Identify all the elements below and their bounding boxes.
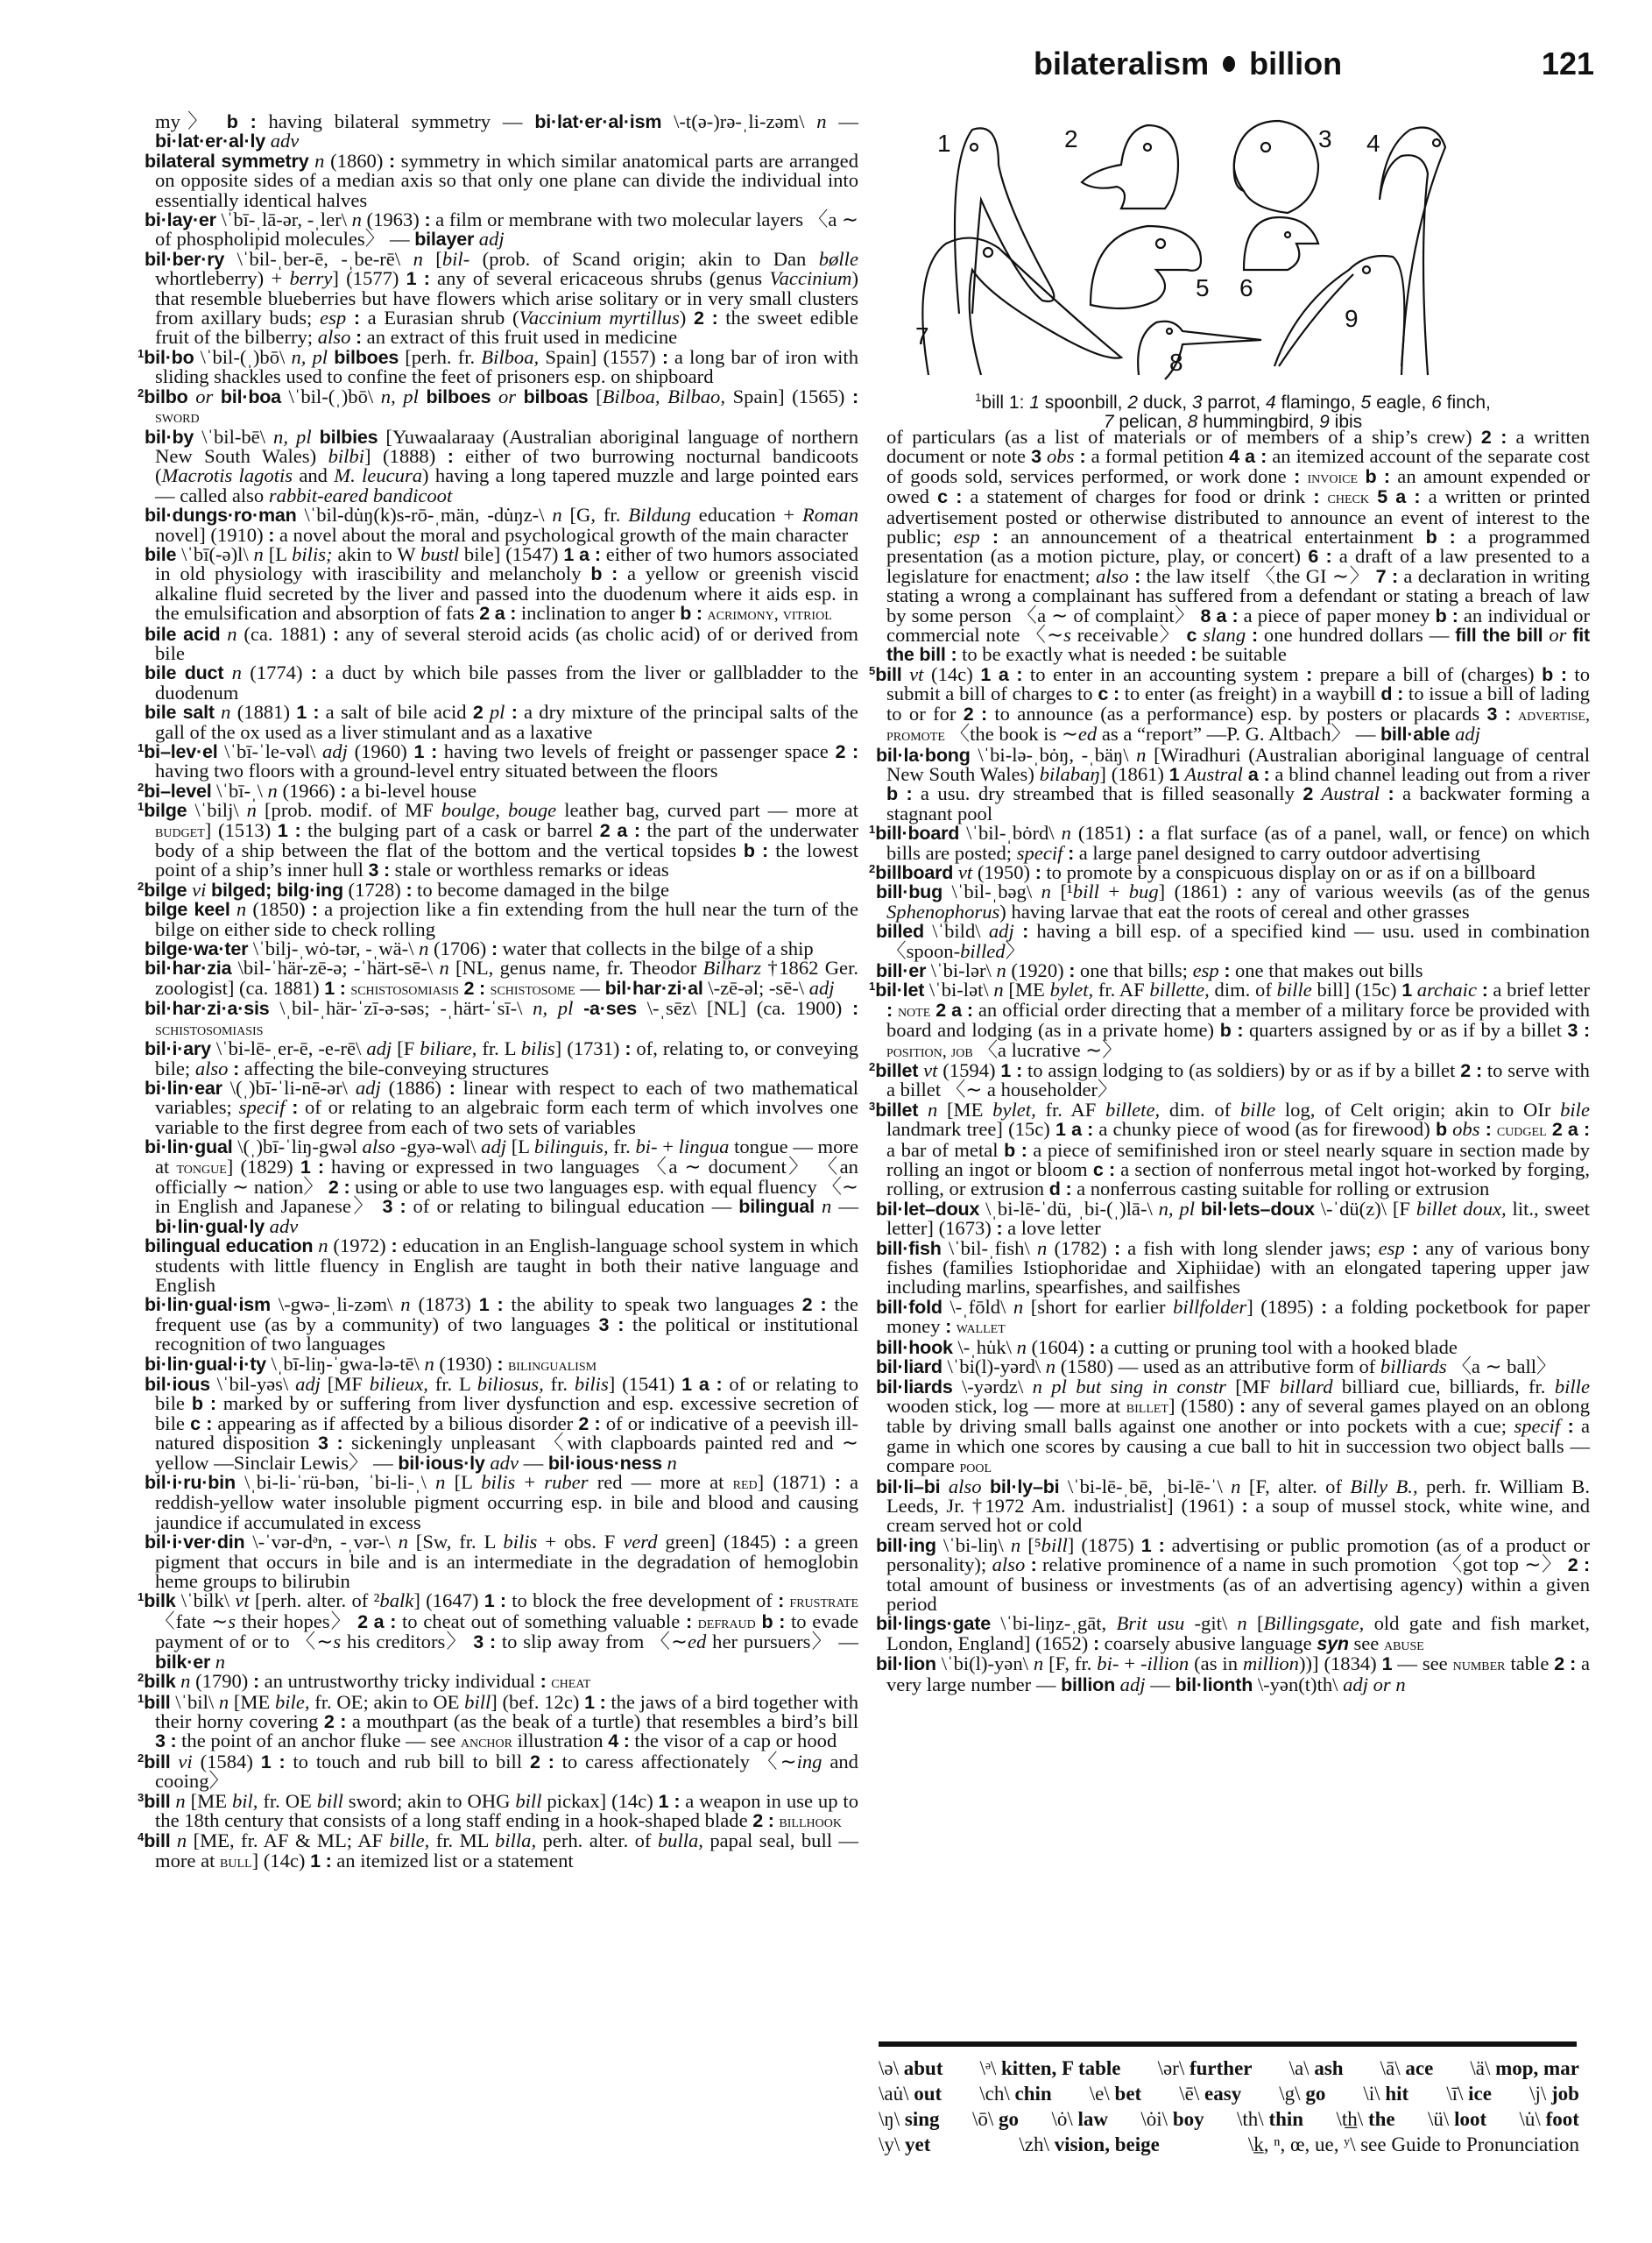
bold-label: 1 : — [414, 741, 438, 762]
italic-text: n — [552, 504, 561, 526]
dictionary-entry: bil·ious \ˈbil-yəs\ adj [MF bilieux, fr.… — [145, 1375, 858, 1473]
bold-label: 2 : — [530, 1751, 554, 1772]
bold-label: : — [1321, 1297, 1327, 1318]
pronunciation-key-item: \ər\ further — [1158, 2055, 1253, 2081]
pronunciation-example-word: chin — [1015, 2083, 1052, 2105]
pronunciation-key-item: \a\ ash — [1289, 2055, 1344, 2081]
bold-label: 3 : — [1568, 1020, 1591, 1041]
pronunciation-example-word: thin — [1268, 2108, 1303, 2130]
italic-text: bulla, — [658, 1829, 703, 1851]
bold-label: : — [389, 151, 395, 172]
italic-text: vi — [178, 1751, 192, 1772]
dictionary-entry: bil·i·ru·bin \ˌbi-li-ˈrü-bən, ˈbi-li-ˌ\ … — [145, 1473, 858, 1532]
bold-label: 2 — [473, 702, 484, 723]
italic-text: adj — [322, 740, 348, 762]
bold-label: : — [996, 1218, 1002, 1239]
italic-text: n — [413, 248, 423, 270]
caption-head: bill 1: — [981, 393, 1029, 413]
bold-label: 1 : — [310, 1850, 332, 1872]
headword: bill·fold — [876, 1297, 942, 1318]
headword: bill·er — [876, 960, 926, 981]
italic-text: n — [175, 1790, 185, 1812]
italic-text: n — [435, 1471, 445, 1493]
bold-label: : — [686, 1611, 692, 1632]
dictionary-entry: bile acid n (ca. 1881) : any of several … — [145, 625, 858, 664]
cross-reference: pool — [959, 1457, 992, 1476]
bold-label: : — [292, 1097, 298, 1118]
italic-text: bilieux, — [370, 1373, 428, 1395]
italic-text: bug — [1129, 881, 1159, 902]
bold-label: 2 a : — [935, 1000, 973, 1021]
italic-text: n — [177, 1829, 187, 1851]
bold-label: 2 : — [578, 1413, 600, 1434]
italic-text: Austral — [1184, 763, 1243, 785]
bird-heads-drawing-icon: 1 2 3 4 5 6 7 8 9 — [876, 112, 1590, 384]
dictionary-entry: 2bill vi (1584) 1 : to touch and rub bil… — [145, 1752, 858, 1792]
italic-text: n — [439, 957, 448, 979]
italic-text: bylet, — [1050, 979, 1094, 1001]
italic-text: n — [996, 959, 1006, 981]
bold-label: b : — [227, 111, 257, 132]
headword: bill·board — [875, 823, 959, 844]
dictionary-entry: bil·dungs·ro·man \ˈbil-du̇ŋ(k)s-rō-ˌmän,… — [145, 506, 858, 545]
pronunciation-key-item: \ŋ\ sing — [879, 2106, 940, 2132]
headword: bile — [145, 544, 176, 565]
headword: bil·har·zi·a·sis — [145, 998, 270, 1019]
bold-label: : — [784, 1532, 790, 1553]
pronunciation-key-rule — [879, 2041, 1577, 2047]
headword: bilk — [144, 1671, 175, 1692]
bold-label: b : — [1542, 664, 1567, 685]
pronunciation-key-item: \u̇\ foot — [1520, 2106, 1579, 2132]
italic-text: biliosus, — [477, 1373, 544, 1395]
italic-text: n — [1062, 822, 1071, 844]
svg-text:5: 5 — [1196, 274, 1210, 301]
pronunciation-example-word: foot — [1546, 2108, 1579, 2130]
italic-text: adj — [989, 920, 1014, 942]
bold-label: : — [992, 527, 999, 548]
headword: bi·lin·gual — [145, 1136, 233, 1157]
pronunciation-example-word: yet — [905, 2133, 930, 2155]
italic-text: Brit usu — [1116, 1612, 1184, 1634]
italic-text: slang — [1203, 624, 1246, 646]
headword: bill·ing — [876, 1535, 936, 1556]
bold-label: : — [1134, 566, 1140, 587]
italic-text: Roman — [802, 504, 858, 526]
bold-label: : — [312, 899, 318, 920]
italic-text: n, pl — [381, 386, 419, 407]
dictionary-entry: bill·fish \ˈbil-ˌfish\ n (1782) : a fish… — [876, 1239, 1590, 1298]
bold-label: bil·lets–doux — [1201, 1199, 1315, 1220]
headword: bil·dungs·ro·man — [145, 505, 297, 526]
italic-text: vi — [192, 879, 206, 901]
italic-text: bilis; — [292, 543, 332, 565]
caption-item-number: 1 — [1029, 393, 1040, 413]
bold-label: : — [1089, 1337, 1095, 1358]
bold-label: : — [340, 781, 346, 802]
bold-label: bil·har·zi·al — [605, 978, 703, 999]
dictionary-entry: bi·lin·gual \(ˌ)bī-ˈliŋ-gwəl also -gyə-w… — [145, 1137, 858, 1236]
bold-label: : — [1224, 960, 1230, 981]
headword: bill — [144, 1791, 170, 1812]
cross-reference: bull — [220, 1852, 252, 1872]
bold-label: 2 : — [835, 741, 858, 762]
bold-label: bil·ious·ness — [548, 1453, 662, 1474]
bold-label: bilk·er — [155, 1652, 210, 1673]
bold-label: 2 a : — [479, 603, 516, 624]
svg-text:7: 7 — [915, 322, 929, 350]
bold-label: : — [491, 938, 498, 959]
bold-label: : — [311, 662, 317, 683]
bold-label: bil·boa — [221, 386, 281, 407]
pronunciation-example-word: see Guide to Pronunciation — [1360, 2133, 1579, 2155]
bold-label: b : — [1436, 605, 1458, 626]
bold-label: : — [449, 1078, 455, 1099]
bold-label: : — [1068, 843, 1074, 864]
italic-text: rabbit-eared bandicoot — [269, 485, 452, 506]
pronunciation-key-item: \t͟h\ the — [1337, 2106, 1395, 2132]
italic-text: or — [498, 386, 516, 407]
dictionary-entry: bill·ing \ˈbi-liŋ\ n [⁵bill] (1875) 1 : … — [876, 1536, 1590, 1615]
dictionary-entry: bile salt n (1881) 1 : a salt of bile ac… — [145, 703, 858, 742]
pronunciation-key-item: \g\ go — [1279, 2081, 1325, 2106]
italic-text: adv — [271, 130, 300, 152]
italic-text: n — [1231, 1475, 1240, 1497]
italic-text: also — [1096, 565, 1129, 587]
pronunciation-example-word: out — [914, 2083, 942, 2105]
guide-word-first: bilateralism — [1034, 46, 1209, 82]
pronunciation-example-word: ash — [1314, 2057, 1343, 2079]
cross-reference: billet — [1126, 1397, 1168, 1417]
caption-item-number: 6 — [1431, 393, 1442, 413]
dictionary-entry: bil·liard \ˈbi(l)-yərd\ n (1580) — used … — [876, 1357, 1590, 1376]
headword: billet — [875, 1100, 918, 1121]
cross-reference: check — [1328, 488, 1369, 507]
italic-text: n — [352, 209, 362, 230]
dictionary-entry: bill·fold \-ˌfōld\ n [short for earlier … — [876, 1298, 1590, 1338]
italic-text: n pl but sing in constr — [1033, 1376, 1226, 1397]
bold-label: bilged; bilg·ing — [211, 880, 343, 901]
italic-text: -illion — [1140, 1652, 1189, 1674]
italic-text: also — [318, 326, 351, 348]
italic-text: n — [993, 979, 1003, 1001]
caption-item-number: 3 — [1192, 393, 1203, 413]
cross-reference: position, job — [886, 1042, 973, 1061]
bold-label: 1 : — [1000, 1060, 1022, 1081]
bold-label: bill·able — [1380, 724, 1450, 745]
italic-text: n, pl — [1159, 1198, 1195, 1220]
pronunciation-key-item: \ä\ mop, mar — [1470, 2055, 1579, 2081]
bold-label: : — [333, 624, 339, 645]
cross-reference: budget — [155, 822, 205, 841]
italic-text: s — [333, 1631, 341, 1652]
bold-label: bilayer — [414, 229, 474, 250]
pronunciation-example-word: easy — [1204, 2083, 1241, 2105]
pronunciation-key-item: \ch\ chin — [979, 2081, 1051, 2106]
dictionary-entry: bi·lay·er \ˈbī-ˌlā-ər, -ˌler\ n (1963) :… — [145, 210, 858, 250]
headword: bil·la·bong — [876, 745, 971, 766]
cross-reference: anchor — [461, 1732, 512, 1751]
bold-label: : — [356, 327, 362, 348]
italic-text: billed — [960, 940, 1005, 962]
italic-text: specif — [1514, 1415, 1560, 1437]
italic-text: bille, — [390, 1829, 430, 1851]
italic-text: n, pl — [533, 997, 573, 1019]
italic-text: n — [667, 1452, 677, 1474]
italic-text: or — [195, 386, 213, 407]
dictionary-entry: 1bill·board \ˈbil-ˌbȯrd\ n (1851) : a fl… — [876, 824, 1590, 863]
cross-reference: invoice — [1307, 468, 1358, 487]
headword: bil·let — [875, 980, 924, 1001]
bold-label: d : — [1380, 683, 1403, 704]
pronunciation-key-item: \zh\ vision, beige — [1019, 2132, 1159, 2157]
pronunciation-example-word: ice — [1468, 2083, 1492, 2105]
bold-label: : — [233, 1058, 239, 1079]
headword: bil·by — [145, 427, 194, 448]
headword: bilge keel — [145, 899, 230, 920]
italic-text: n — [424, 1353, 434, 1375]
cross-reference: bilingualism — [508, 1355, 597, 1375]
italic-text: n — [822, 1195, 831, 1217]
pronunciation-example-word: sing — [905, 2108, 940, 2130]
pronunciation-key-item: \ȯi\ boy — [1140, 2106, 1204, 2132]
italic-text: bilinguis, — [534, 1136, 609, 1157]
pronunciation-key-item: \e\ bet — [1090, 2081, 1141, 2106]
bold-label: : — [1031, 1554, 1037, 1575]
bird-bills-illustration: 1 2 3 4 5 6 7 8 9 1bill 1: 1 spoonbill, … — [876, 112, 1590, 410]
dictionary-entry: bilateral symmetry n (1860) : symmetry i… — [145, 152, 858, 210]
bold-label: 1 : — [484, 1590, 506, 1611]
bold-label: 3 : — [473, 1631, 496, 1652]
bold-label: 2 a : — [1552, 1119, 1590, 1140]
pronunciation-key: \ə\ abut\ᵊ\ kitten, F table\ər\ further\… — [879, 2055, 1579, 2157]
italic-text: n, pl — [273, 426, 312, 448]
pronunciation-example-word: law — [1077, 2108, 1108, 2130]
cross-reference: abuse — [1384, 1635, 1424, 1654]
bold-label: -a·ses — [583, 998, 637, 1019]
italic-text: vt — [235, 1589, 249, 1611]
italic-text: vt — [958, 861, 972, 883]
bold-label: : — [852, 998, 858, 1019]
italic-text: billet doux, — [1416, 1198, 1507, 1220]
pronunciation-key-row: \au̇\ out\ch\ chin\e\ bet\ē\ easy\g\ go\… — [879, 2081, 1579, 2106]
headword: bi·lin·gual·i·ty — [145, 1354, 266, 1375]
synonym-label: syn — [1317, 1633, 1348, 1654]
dictionary-entry: 1bill \ˈbil\ n [ME bile, fr. OE; akin to… — [145, 1693, 858, 1752]
headword: bil·let–doux — [876, 1199, 979, 1220]
headword: bilge·wa·ter — [145, 938, 248, 959]
italic-text: bill — [1041, 1534, 1068, 1556]
bold-label: 1 a : — [681, 1374, 722, 1395]
headword: bill·hook — [876, 1337, 953, 1358]
italic-text: vt — [923, 1059, 937, 1081]
headword: bi·lay·er — [145, 209, 216, 230]
bold-label: : — [392, 1235, 398, 1256]
cross-reference: wallet — [957, 1318, 1006, 1337]
italic-text: billard — [1280, 1376, 1333, 1397]
italic-text: M. leucura — [334, 464, 422, 486]
bold-label: bil·ious·ly — [398, 1453, 484, 1474]
bullet-separator-icon — [1223, 56, 1235, 72]
italic-text: bil, — [232, 1790, 258, 1812]
bold-label: : — [1412, 1238, 1418, 1259]
bold-label: : — [406, 880, 412, 901]
cross-reference: red — [733, 1474, 758, 1493]
bold-label: bil·lionth — [1175, 1674, 1253, 1695]
dictionary-entry: bil·lings·gate \ˈbi-liŋz-ˌgāt, Brit usu … — [876, 1614, 1590, 1654]
italic-text: billette, — [1149, 979, 1209, 1001]
svg-text:4: 4 — [1366, 130, 1380, 157]
italic-text: ruber — [544, 1471, 588, 1493]
headword: bilateral symmetry — [145, 151, 308, 172]
bold-label: d : — [1049, 1178, 1072, 1199]
pronunciation-example-word: job — [1551, 2083, 1579, 2105]
pronunciation-key-item: \ə\ abut — [879, 2055, 943, 2081]
dictionary-entry: 5bill vt (14c) 1 a : to enter in an acco… — [876, 665, 1590, 746]
dictionary-entry: bi·lin·gual·ism \-gwə-ˌli-zəm\ n (1873) … — [145, 1295, 858, 1354]
bold-label: 3 : — [382, 1196, 406, 1217]
bold-label: b : — [192, 1393, 216, 1414]
caption-line-1: 1bill 1: 1 spoonbill, 2 duck, 3 parrot, … — [876, 388, 1590, 413]
dictionary-entry: bilge keel n (1850) : a projection like … — [145, 900, 858, 939]
dictionary-entry: 1bil·bo \ˈbil-(ˌ)bō\ n, pl bilboes [perh… — [145, 348, 858, 387]
bold-label: : — [852, 386, 858, 407]
bold-label: 1 : — [479, 1294, 504, 1315]
italic-text: bylet, — [992, 1099, 1036, 1121]
pronunciation-example-word: the — [1368, 2108, 1395, 2130]
italic-text: million — [1243, 1652, 1299, 1674]
caption-items-line-1: 1 spoonbill, 2 duck, 3 parrot, 4 flaming… — [1029, 393, 1491, 413]
cross-reference: tongue — [176, 1158, 226, 1178]
bold-label: 1 a : — [563, 544, 601, 565]
bold-label: 2 : — [752, 1810, 774, 1831]
bold-label: b : — [680, 603, 702, 624]
bold-label: 2 : — [1460, 1060, 1482, 1081]
headword: bile acid — [145, 624, 220, 645]
bold-label: : — [1138, 823, 1144, 844]
italic-text: specif — [239, 1096, 286, 1118]
italic-text: adj — [481, 1136, 506, 1157]
dictionary-entry: bil·liards \-yərdz\ n pl but sing in con… — [876, 1377, 1590, 1477]
bold-label: bilboas — [524, 386, 589, 407]
cross-reference: cudgel — [1497, 1121, 1547, 1140]
bold-label: 4 a : — [1229, 446, 1267, 467]
italic-text: n — [816, 110, 826, 132]
italic-text: bile — [1560, 1099, 1590, 1121]
bold-label: 2 : — [802, 1294, 827, 1315]
bold-label: 2 — [1303, 783, 1313, 804]
headword: bilge — [144, 800, 187, 821]
dictionary-entry: bil·let–doux \ˌbi-lē-ˈdü, ˌbi-(ˌ)lā-\ n,… — [876, 1199, 1590, 1239]
dictionary-entry: bill·bug \ˈbil-ˌbəg\ n [¹bill + bug] (18… — [876, 882, 1590, 922]
svg-text:3: 3 — [1318, 125, 1332, 152]
pronunciation-example-word: go — [999, 2108, 1019, 2130]
italic-text: adj or n — [1343, 1673, 1406, 1695]
bold-label: 2 : — [694, 308, 718, 329]
dictionary-entry: bill·er \ˈbi-lər\ n (1920) : one that bi… — [876, 961, 1590, 980]
bold-label: b — [1436, 1119, 1447, 1140]
dictionary-entry: bilge·wa·ter \ˈbilj-ˌwȯ-tər, -ˌwä-\ n (1… — [145, 939, 858, 959]
italic-text: esp — [1193, 959, 1219, 981]
bold-label: : — [1080, 446, 1086, 467]
italic-text: biliare, — [420, 1037, 477, 1059]
bold-label: 1 : — [296, 702, 319, 723]
bold-label: 1 : — [406, 268, 430, 289]
bold-label: b : — [1426, 527, 1456, 548]
italic-text: lingua — [679, 1136, 730, 1157]
bold-label: bi·lin·gual·ly — [155, 1216, 265, 1237]
headword: bil·ber·ry — [145, 249, 224, 270]
cross-reference: billhook — [779, 1812, 842, 1831]
pronunciation-example-word: vision, beige — [1055, 2133, 1160, 2155]
pronunciation-example-word: hit — [1385, 2083, 1408, 2105]
dictionary-entry: 2bilbo or bil·boa \ˈbil-(ˌ)bō\ n, pl bil… — [145, 387, 858, 428]
italic-text: bi- — [1097, 1652, 1119, 1674]
italic-text: n — [221, 701, 230, 723]
italic-text: bi- — [635, 1136, 657, 1157]
italic-text: boulge, bouge — [441, 799, 556, 821]
cross-reference: acrimony, vitriol — [708, 605, 832, 624]
italic-text: balk — [379, 1589, 413, 1611]
bold-label: 3 : — [598, 1314, 624, 1335]
italic-text: n — [1034, 1652, 1043, 1674]
dictionary-entry: 2billet vt (1594) 1 : to assign lodging … — [876, 1061, 1590, 1100]
bold-label: : — [835, 1472, 841, 1493]
italic-text: obs — [1452, 1118, 1479, 1140]
pronunciation-example-word: go — [1305, 2083, 1325, 2105]
caption-item-label: parrot, — [1203, 393, 1266, 413]
headword: bi–level — [144, 781, 211, 802]
svg-text:8: 8 — [1169, 349, 1183, 376]
dictionary-entry: bil·har·zia \bil-ˈhär-zē-ə; -ˈhärt-sē-\ … — [145, 959, 858, 999]
dictionary-entry: 1bilge \ˈbilj\ n [prob. modif. of MF bou… — [145, 801, 858, 881]
dictionary-entry: bil·ber·ry \ˈbil-ˌber-ē, -ˌbe-rē\ n [bil… — [145, 250, 858, 348]
italic-text: n — [1046, 1355, 1055, 1377]
running-head: bilateralism billion 121 — [1034, 46, 1594, 82]
bold-label: : — [448, 446, 454, 467]
italic-text: n — [1017, 1336, 1027, 1358]
headword: bill — [144, 1751, 170, 1772]
bold-label: 2 a : — [357, 1611, 396, 1632]
italic-text: n — [180, 1670, 190, 1692]
bold-label: c : — [937, 486, 962, 507]
italic-text: bile, — [275, 1691, 310, 1713]
left-column: my〉 b : having bilateral symmetry — bi·l… — [145, 112, 858, 1872]
headword: bile duct — [145, 662, 223, 683]
caption-item-label: finch, — [1442, 393, 1491, 413]
headword: bilingual education — [145, 1235, 313, 1256]
dictionary-entry: bil·la·bong \ˈbi-lə-ˌbȯŋ, -ˌbäŋ\ n [Wira… — [876, 746, 1590, 824]
italic-text: billfolder — [1173, 1296, 1246, 1318]
pronunciation-example-word: further — [1190, 2057, 1253, 2079]
bold-label: 2 : — [964, 704, 987, 725]
bold-label: 1 : — [324, 978, 346, 999]
italic-text: adv — [490, 1452, 519, 1474]
bold-label: 2 : — [324, 1711, 346, 1732]
italic-text: adj — [366, 1037, 392, 1059]
bold-label: b : — [1004, 1140, 1027, 1161]
pronunciation-key-row: \y\ yet\zh\ vision, beige\k̲, ⁿ, œ, ue, … — [879, 2132, 1579, 2157]
italic-text: bilabaŋ — [1040, 763, 1100, 785]
dictionary-entry: bilingual education n (1972) : education… — [145, 1236, 858, 1295]
dictionary-entry: 2bilge vi bilged; bilg·ing (1728) : to b… — [145, 881, 858, 900]
svg-text:6: 6 — [1239, 274, 1253, 301]
dictionary-entry: bill·hook \-ˌhu̇k\ n (1604) : a cutting … — [876, 1338, 1590, 1357]
italic-text: n — [268, 780, 278, 802]
italic-text: bilis — [575, 1373, 609, 1395]
bold-label: : — [497, 1354, 503, 1375]
pronunciation-key-item: \ī\ ice — [1446, 2081, 1492, 2106]
